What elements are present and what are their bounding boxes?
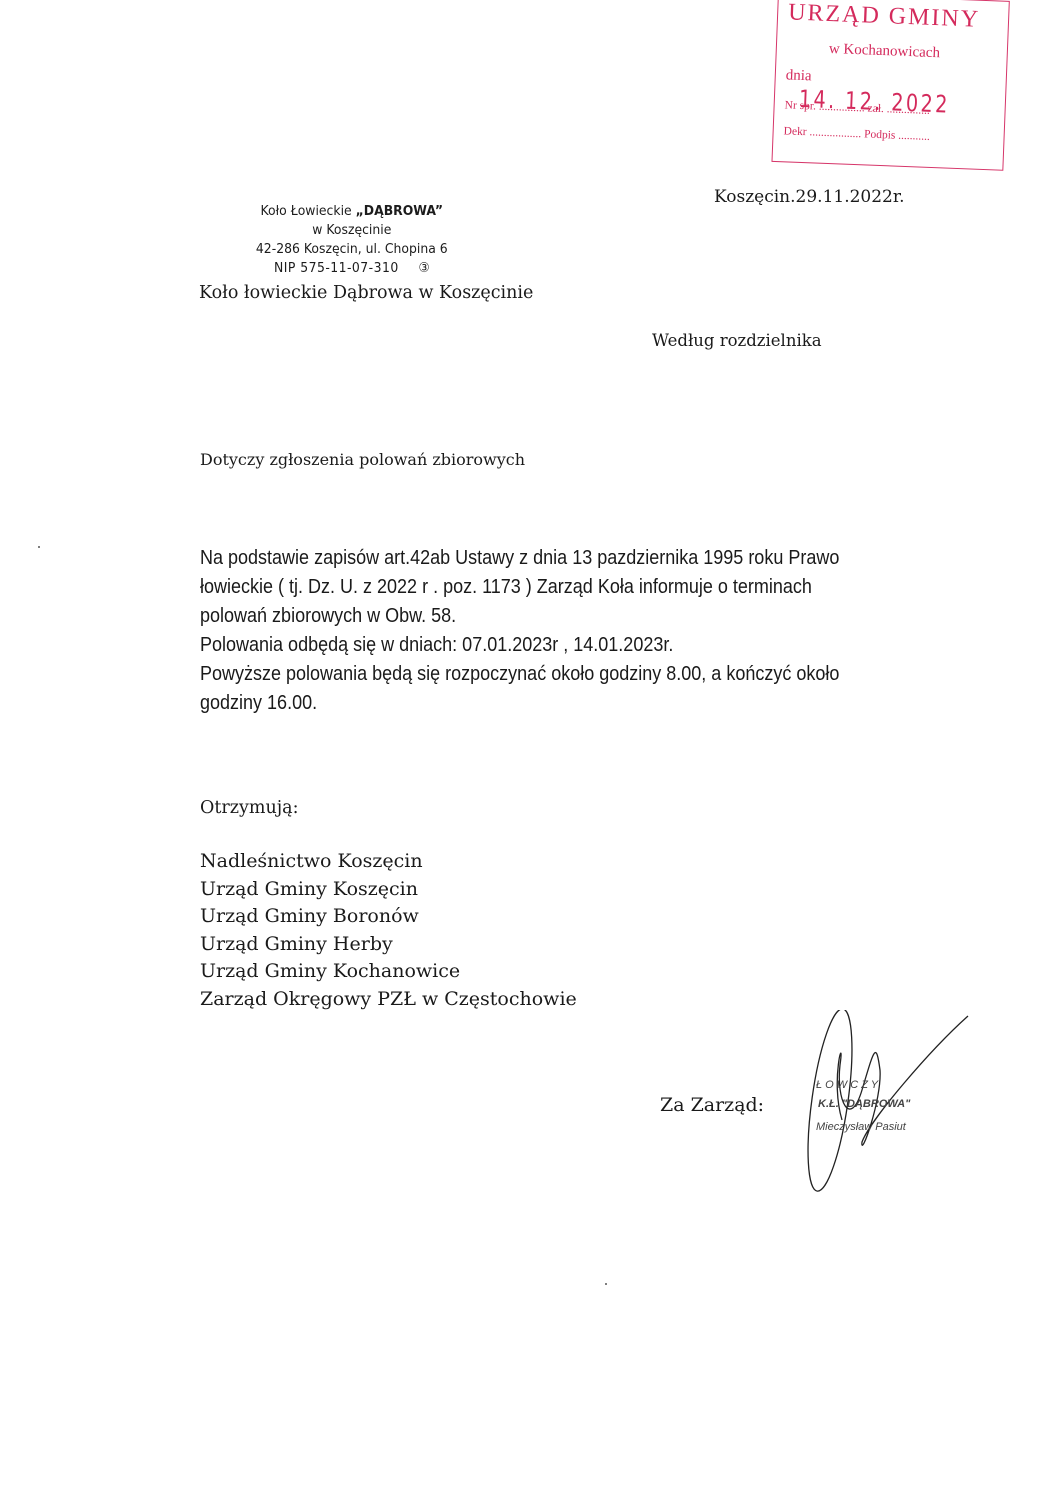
body-line: polowań zbiorowych w Obw. 58.	[200, 602, 911, 631]
recipient-item: Urząd Gminy Koszęcin	[200, 876, 577, 904]
body-line: Polowania odbędą się w dniach: 07.01.202…	[200, 631, 911, 660]
sender-stamp-address: 42-286 Koszęcin, ul. Chopina 6	[200, 240, 504, 259]
stamp-date-label: dnia	[785, 67, 811, 84]
sender-nip: NIP 575-11-07-310	[274, 260, 399, 276]
recipient-item: Nadleśnictwo Koszęcin	[200, 848, 577, 876]
addressee: Według rozdzielnika	[652, 331, 822, 350]
scan-speck	[38, 546, 40, 548]
recipient-item: Urząd Gminy Herby	[200, 931, 577, 959]
letter-body: Na podstawie zapisów art.42ab Ustawy z d…	[200, 544, 911, 718]
sender-stamp: Koło Łowieckie „DĄBROWA” w Koszęcinie 42…	[200, 202, 504, 278]
sender-stamp-nip: NIP 575-11-07-310 ③	[200, 259, 504, 278]
sender-stamp-line1: Koło Łowieckie „DĄBROWA”	[200, 202, 504, 221]
body-line: godziny 16.00.	[200, 689, 911, 718]
sender-name: Koło łowieckie Dąbrowa w Koszęcinie	[199, 283, 533, 303]
signoff-label: Za Zarząd:	[660, 1094, 764, 1116]
registry-stamp: URZĄD GMINY w Kochanowicach dnia 14. 12.…	[771, 0, 1009, 171]
recipients-label: Otrzymują:	[200, 798, 298, 818]
signature-icon: Ł O W C Z Y K.Ł. "DĄBROWA" Mieczysław Pa…	[790, 1010, 990, 1200]
signature-stamp-line1: Ł O W C Z Y	[816, 1079, 879, 1091]
stamp-title: URZĄD GMINY	[788, 0, 981, 34]
body-line: Na podstawie zapisów art.42ab Ustawy z d…	[200, 544, 911, 573]
body-line: Powyższe polowania będą się rozpoczynać …	[200, 660, 911, 689]
circled-three-mark: ③	[418, 260, 429, 276]
stamp-subtitle: w Kochanowicach	[829, 41, 941, 62]
scan-speck	[605, 1283, 607, 1285]
place-date: Koszęcin.29.11.2022r.	[714, 187, 905, 207]
body-line: łowieckie ( tj. Dz. U. z 2022 r . poz. 1…	[200, 573, 911, 602]
subject-line: Dotyczy zgłoszenia polowań zbiorowych	[200, 450, 525, 469]
sender-stamp-prefix: Koło Łowieckie	[261, 203, 356, 219]
recipients-list: Nadleśnictwo Koszęcin Urząd Gminy Koszęc…	[200, 848, 577, 1014]
sender-stamp-line2: w Koszęcinie	[200, 221, 504, 240]
stamp-decree-signature-line: Dekr .................. Podpis .........…	[783, 125, 930, 143]
recipient-item: Zarząd Okręgowy PZŁ w Częstochowie	[200, 986, 577, 1014]
signature-stamp-line3: Mieczysław Pasiut	[816, 1121, 907, 1133]
recipient-item: Urząd Gminy Boronów	[200, 903, 577, 931]
recipient-item: Urząd Gminy Kochanowice	[200, 958, 577, 986]
sender-stamp-name: „DĄBROWA”	[356, 203, 443, 219]
signature-stamp-line2: K.Ł. "DĄBROWA"	[818, 1098, 911, 1110]
